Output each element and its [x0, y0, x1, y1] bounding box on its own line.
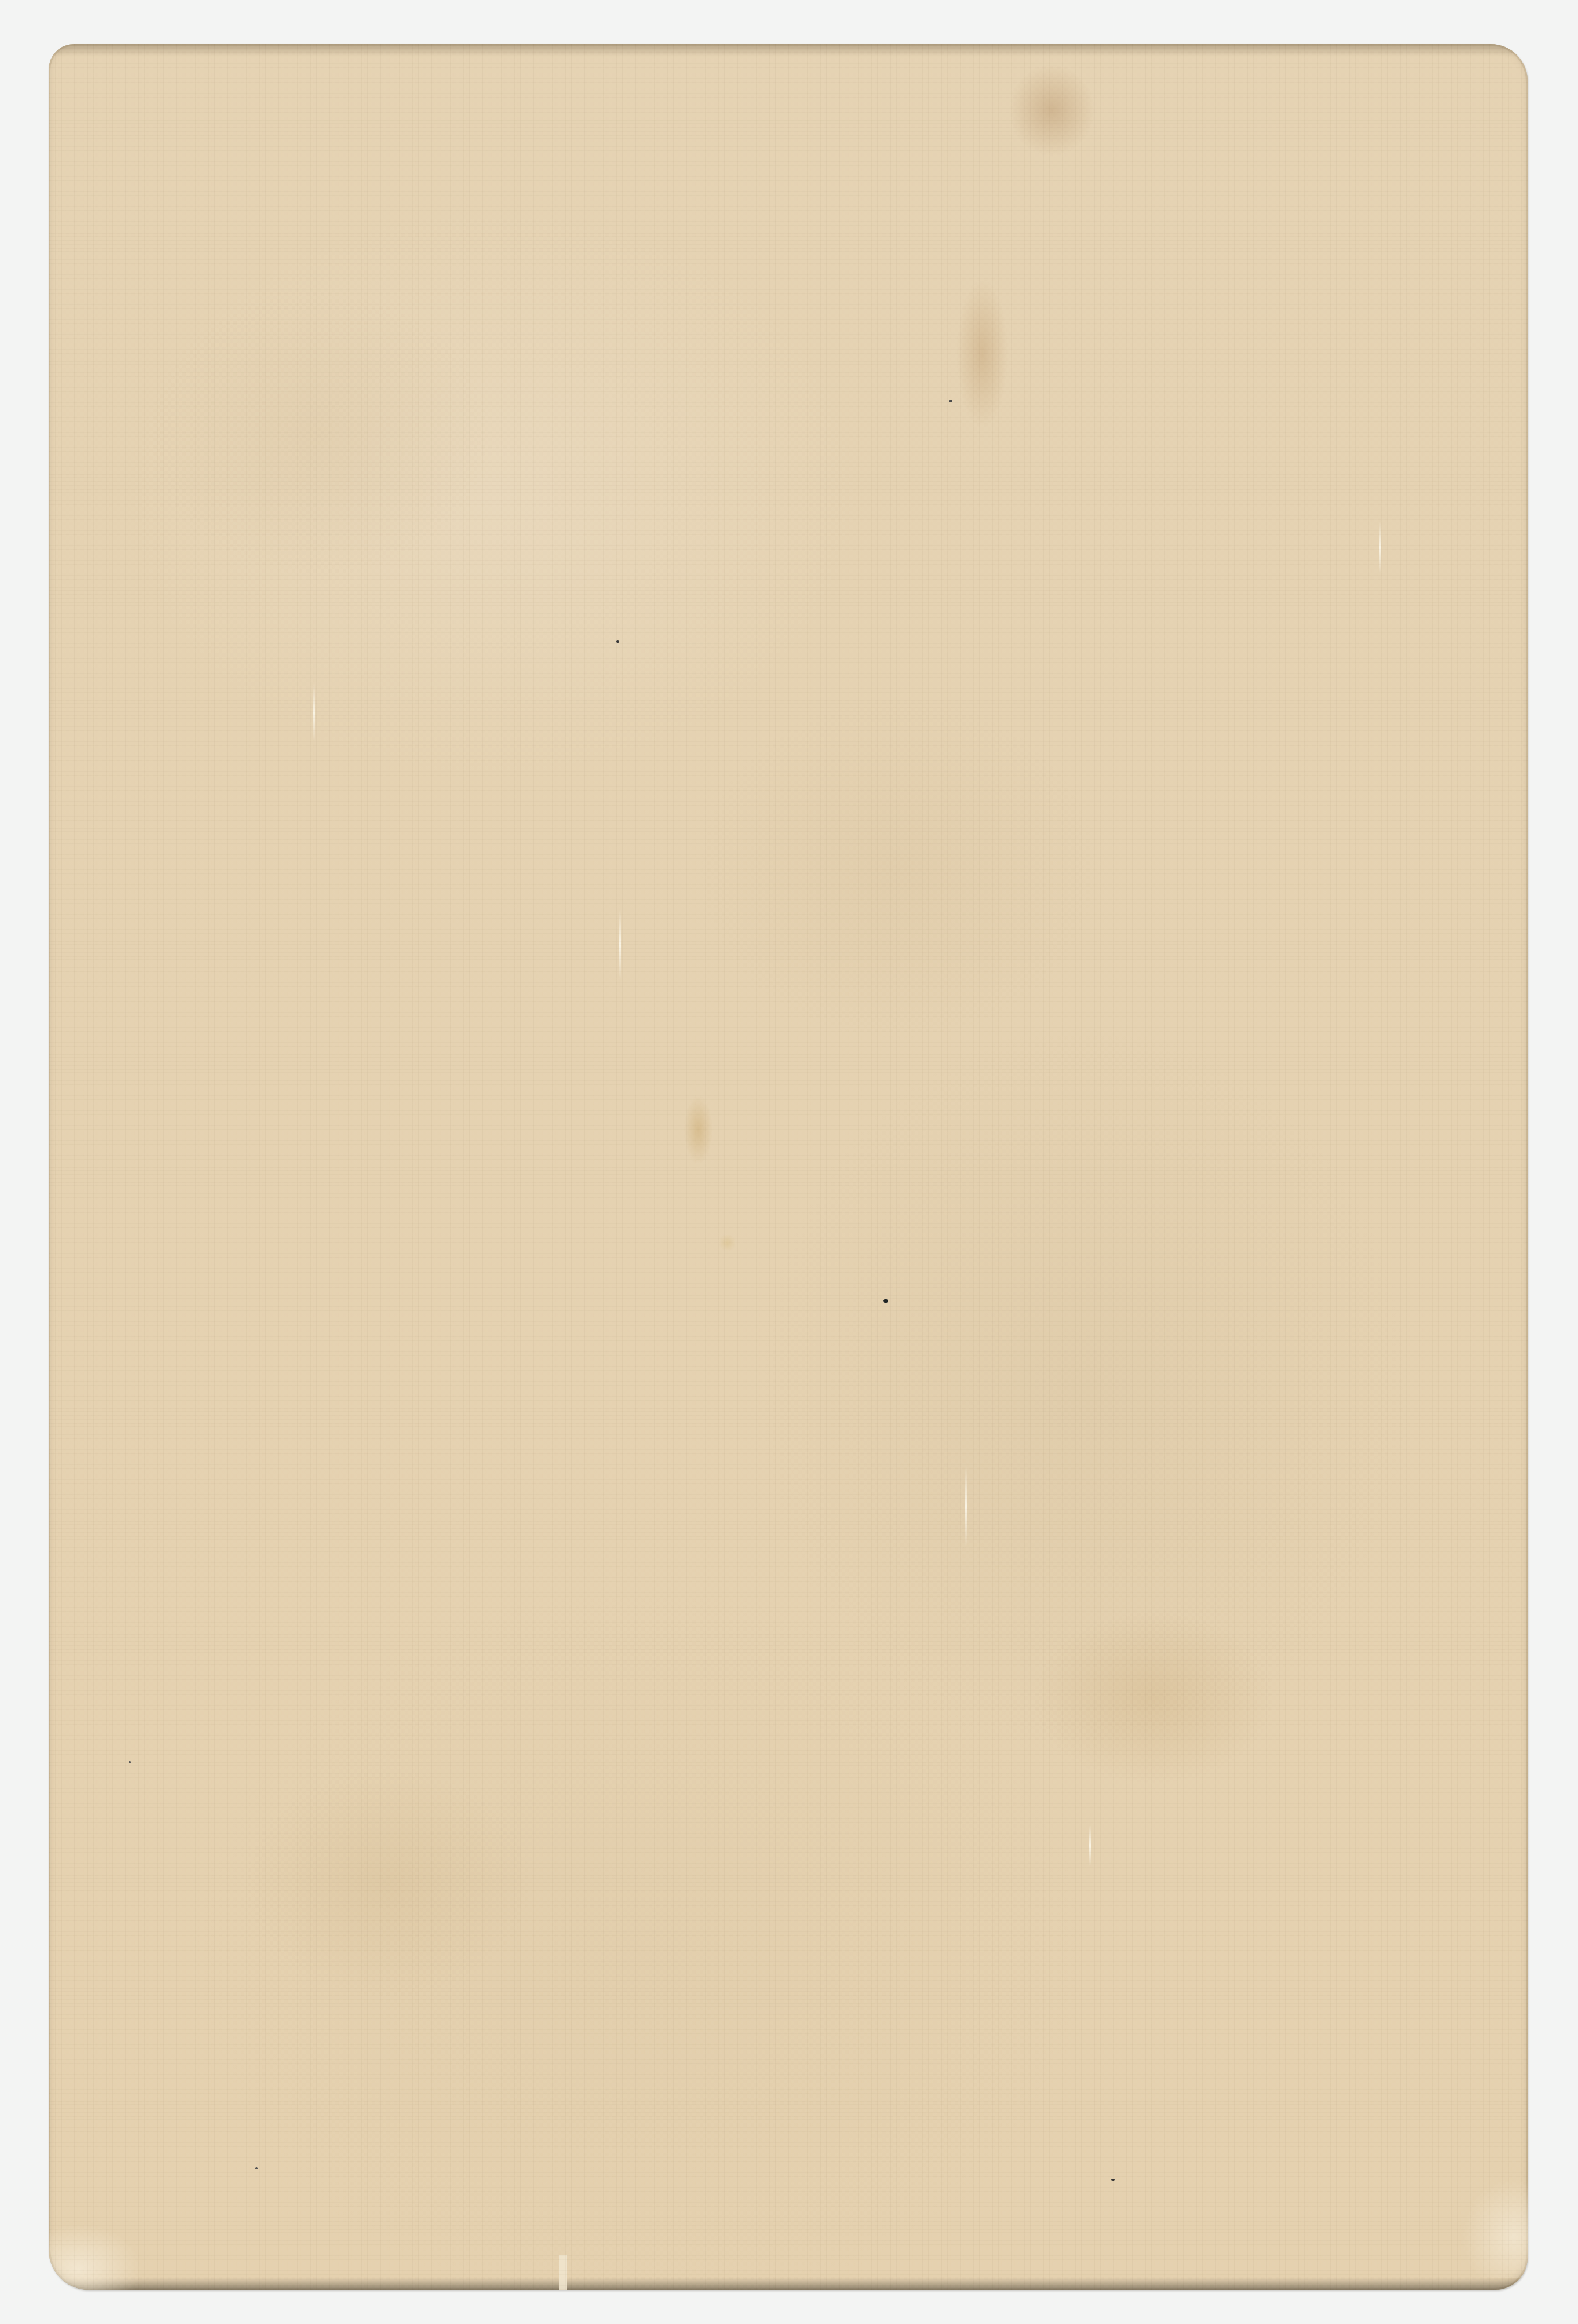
corner-wear-bottom-left [49, 2220, 147, 2290]
stain [719, 1234, 736, 1252]
speck [1111, 2179, 1115, 2181]
scratch [1089, 1825, 1091, 1866]
speck [883, 1299, 888, 1303]
cabinet-card-reverse [49, 44, 1528, 2290]
stain [684, 1095, 713, 1165]
speck [255, 2167, 258, 2169]
stain [956, 278, 1008, 429]
stain [1032, 1611, 1275, 1785]
stain [145, 290, 493, 579]
bottom-edge-nick [559, 2255, 567, 2290]
corner-wear-bottom-right [1458, 2174, 1528, 2278]
scratch [1379, 521, 1381, 574]
scratch [619, 910, 621, 979]
card-bottom-edge [49, 2277, 1528, 2290]
scratch [965, 1466, 967, 1547]
speck [129, 1761, 131, 1763]
scratch [313, 684, 315, 742]
stain [695, 695, 1101, 1043]
stain [243, 1767, 533, 1999]
speck [949, 400, 952, 402]
speck [616, 640, 619, 643]
stain [1008, 64, 1095, 156]
card-top-edge [49, 44, 1528, 57]
